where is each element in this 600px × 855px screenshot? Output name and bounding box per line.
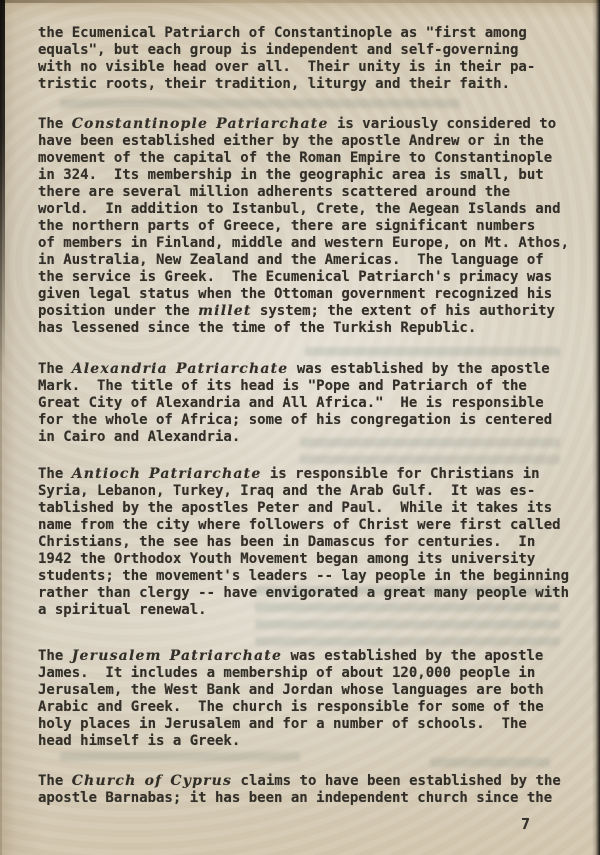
text-line: 1942 the Orthodox Youth Movement began a… [38,551,578,568]
text-run: was established by the apostle [288,361,549,377]
text-line: students; the movement's leaders -- lay … [38,568,578,585]
text-run: the northern parts of Greece, there are … [38,218,535,234]
text-run: the service is Greek. The Ecumenical Pat… [38,269,552,285]
text-run: there are several million adherents scat… [38,184,510,200]
text-run: system; the extent of his authority [252,303,555,319]
text-run: Syria, Lebanon, Turkey, Iraq and the Ara… [38,483,535,499]
text-line: movement of the capital of the Roman Emp… [38,150,578,167]
text-run: Great City of Alexandria and All Africa.… [38,395,544,411]
italic-term: Jerusalem Patriarchate [72,648,282,664]
text-line: Syria, Lebanon, Turkey, Iraq and the Ara… [38,483,578,500]
text-run: has lessened since the time of the Turki… [38,320,476,336]
italic-term: Constantinople Patriarchate [72,116,329,132]
scan-edge-right [592,0,600,855]
text-run: the Ecumenical Patriarch of Constantinop… [38,25,527,41]
text-run: with no visible head over all. Their uni… [38,59,535,75]
paragraph: The Constantinople Patriarchate is vario… [38,116,578,337]
text-block: the Ecumenical Patriarch of Constantinop… [38,25,578,830]
text-run: is responsible for Christians in [261,466,539,482]
text-run: The [38,773,72,789]
paragraph: The Antioch Patriarchate is responsible … [38,466,578,619]
text-line: in 324. Its membership in the geographic… [38,167,578,184]
text-run: movement of the capital of the Roman Emp… [38,150,552,166]
text-run: The [38,648,72,664]
text-line: world. In addition to Istanbul, Crete, t… [38,201,578,218]
text-run: claims to have been established by the [232,773,561,789]
text-run: holy places in Jerusalem and for a numbe… [38,716,527,732]
text-line: The Antioch Patriarchate is responsible … [38,466,578,483]
text-line: head himself is a Greek. [38,733,578,750]
text-run: was established by the apostle [282,648,543,664]
text-line: Jerusalem, the West Bank and Jordan whos… [38,682,578,699]
text-run: of members in Finland, middle and wester… [38,235,569,251]
text-run: tablished by the apostles Peter and Paul… [38,500,552,516]
text-run: in Australia, New Zealand and the Americ… [38,252,544,268]
italic-term: Alexandria Patriarchate [72,361,289,377]
text-line: James. It includes a membership of about… [38,665,578,682]
text-line: there are several million adherents scat… [38,184,578,201]
text-line: The Constantinople Patriarchate is vario… [38,116,578,133]
text-run: given legal status when the Ottoman gove… [38,286,552,302]
text-run: name from the city where followers of Ch… [38,517,561,533]
text-run: equals", but each group is independent a… [38,42,518,58]
paragraph: The Alexandria Patriarchate was establis… [38,361,578,446]
text-run: Christians, the see has been in Damascus… [38,534,535,550]
text-run: position under the [38,303,198,319]
text-line: apostle Barnabas; it has been an indepen… [38,790,578,807]
scan-edge-top [0,0,600,3]
text-line: position under the millet system; the ex… [38,303,578,320]
text-run: The [38,116,72,132]
text-run: have been established either by the apos… [38,133,544,149]
scanned-document-page: the Ecumenical Patriarch of Constantinop… [0,0,600,855]
text-run: in Cairo and Alexandria. [38,429,240,445]
text-run: The [38,361,72,377]
text-run: is variously considered to [329,116,557,132]
text-run: world. In addition to Istanbul, Crete, t… [38,201,561,217]
text-line: rather than clergy -- have envigorated a… [38,585,578,602]
text-line: equals", but each group is independent a… [38,42,578,59]
text-line: have been established either by the apos… [38,133,578,150]
text-line: holy places in Jerusalem and for a numbe… [38,716,578,733]
text-line: in Cairo and Alexandria. [38,429,578,446]
text-line: Arabic and Greek. The church is responsi… [38,699,578,716]
text-run: rather than clergy -- have envigorated a… [38,585,569,601]
italic-term: Church of Cyprus [72,773,232,789]
text-line: of members in Finland, middle and wester… [38,235,578,252]
text-line: the Ecumenical Patriarch of Constantinop… [38,25,578,42]
text-line: Christians, the see has been in Damascus… [38,534,578,551]
text-line: name from the city where followers of Ch… [38,517,578,534]
text-run: James. It includes a membership of about… [38,665,535,681]
text-line: has lessened since the time of the Turki… [38,320,578,337]
text-line: tablished by the apostles Peter and Paul… [38,500,578,517]
text-run: Arabic and Greek. The church is responsi… [38,699,544,715]
text-run: apostle Barnabas; it has been an indepen… [38,790,552,806]
text-run: 1942 the Orthodox Youth Movement began a… [38,551,535,567]
italic-term: millet [198,303,251,319]
text-run: tristic roots, their tradition, liturgy … [38,76,510,92]
text-line: The Church of Cyprus claims to have been… [38,773,578,790]
text-run: head himself is a Greek. [38,733,240,749]
scan-edge-left-dark [0,0,5,380]
text-run: for the whole of Africa; some of his con… [38,412,552,428]
paragraph: The Jerusalem Patriarchate was establish… [38,648,578,750]
text-run: in 324. Its membership in the geographic… [38,167,544,183]
text-run: students; the movement's leaders -- lay … [38,568,569,584]
text-run: a spiritual renewal. [38,602,207,618]
paragraph: the Ecumenical Patriarch of Constantinop… [38,25,578,93]
text-line: given legal status when the Ottoman gove… [38,286,578,303]
page-number: 7 [521,816,530,833]
text-line: Great City of Alexandria and All Africa.… [38,395,578,412]
text-run: Mark. The title of its head is "Pope and… [38,378,527,394]
text-line: The Jerusalem Patriarchate was establish… [38,648,578,665]
text-line: Mark. The title of its head is "Pope and… [38,378,578,395]
italic-term: Antioch Patriarchate [72,466,262,482]
text-line: with no visible head over all. Their uni… [38,59,578,76]
text-line: The Alexandria Patriarchate was establis… [38,361,578,378]
text-line: the service is Greek. The Ecumenical Pat… [38,269,578,286]
text-line: the northern parts of Greece, there are … [38,218,578,235]
text-run: Jerusalem, the West Bank and Jordan whos… [38,682,544,698]
text-line: for the whole of Africa; some of his con… [38,412,578,429]
paragraph: The Church of Cyprus claims to have been… [38,773,578,807]
text-line: a spiritual renewal. [38,602,578,619]
text-line: tristic roots, their tradition, liturgy … [38,76,578,93]
text-line: in Australia, New Zealand and the Americ… [38,252,578,269]
text-run: The [38,466,72,482]
